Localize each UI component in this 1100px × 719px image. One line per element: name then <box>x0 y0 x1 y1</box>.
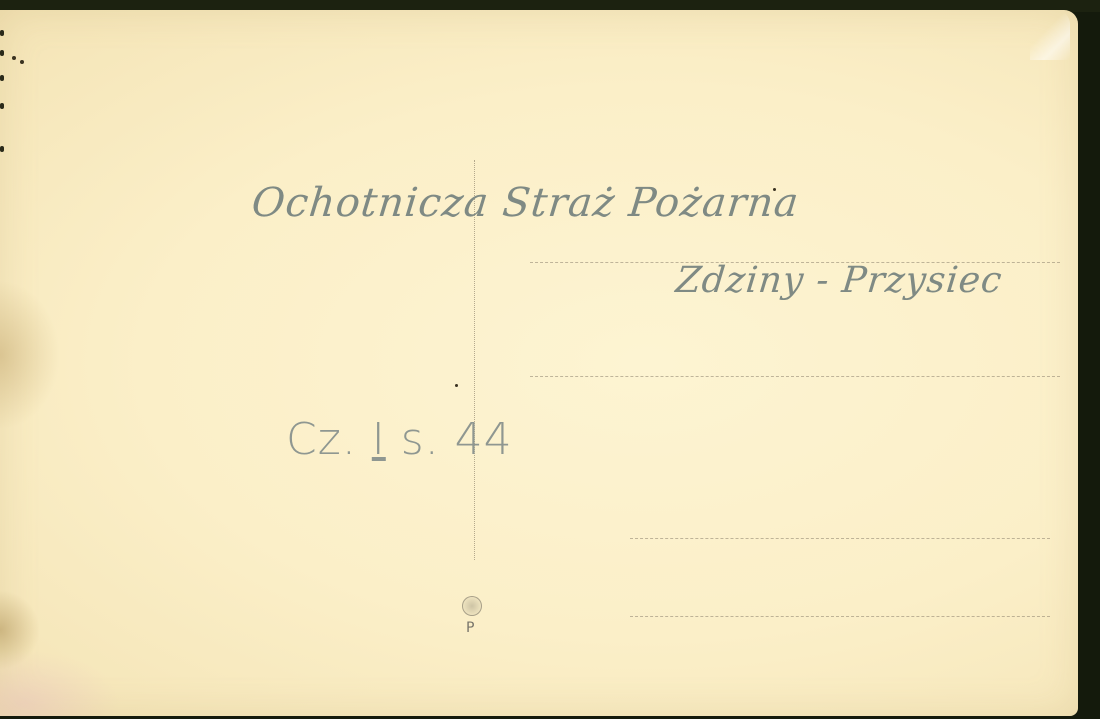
speck <box>20 60 24 64</box>
postcard <box>0 10 1078 716</box>
speck <box>455 384 458 387</box>
perforation-mark <box>0 50 4 56</box>
stain <box>0 280 60 430</box>
address-line <box>530 376 1060 377</box>
reference-page: s. 44 <box>386 414 513 465</box>
publisher-emblem-icon <box>462 596 482 616</box>
perforation-mark <box>0 146 4 152</box>
reference-volume: I <box>372 414 386 465</box>
publisher-letter: P <box>466 620 474 636</box>
perforation-mark <box>0 75 4 81</box>
perforation-mark <box>0 103 4 109</box>
reference-prefix: Cz. <box>286 414 372 465</box>
perforation-mark <box>0 30 4 36</box>
handwriting-title: Ochotnicza Straż Pożarna <box>250 180 802 226</box>
handwriting-reference: Cz. I s. 44 <box>286 414 513 465</box>
discoloration <box>0 650 120 716</box>
worn-corner <box>1030 10 1070 60</box>
address-line <box>630 616 1050 617</box>
handwriting-place: Zdziny - Przysiec <box>674 260 1005 301</box>
speck <box>12 56 16 60</box>
address-line <box>630 538 1050 539</box>
